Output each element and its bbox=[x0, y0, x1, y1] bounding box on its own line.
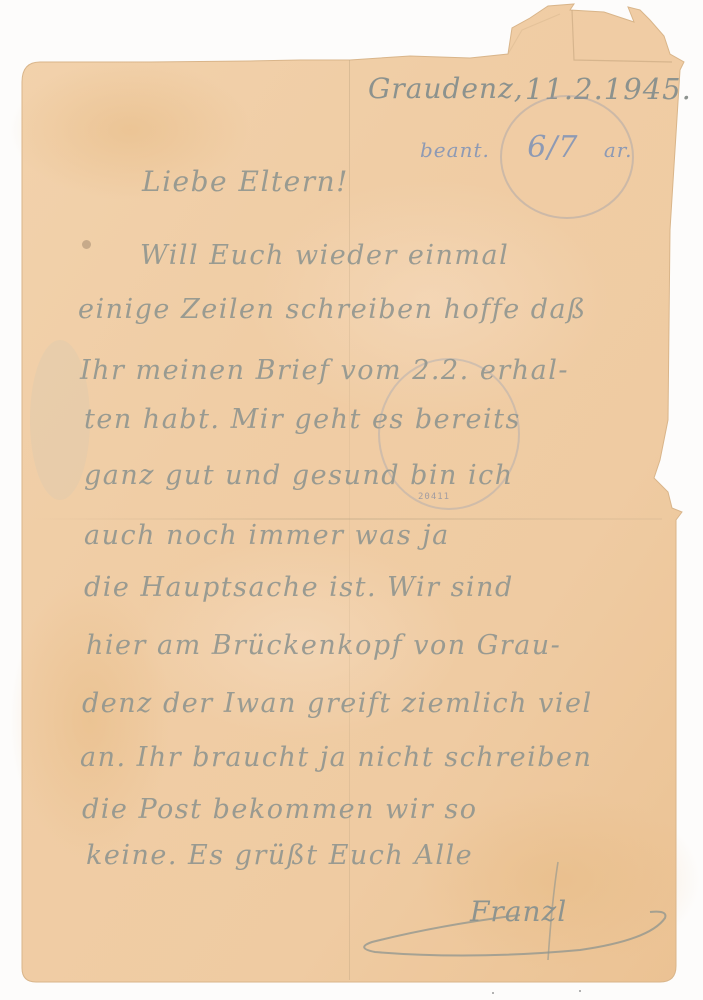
body-line: ganz gut und gesund bin ich bbox=[84, 460, 514, 491]
body-line: hier am Brückenkopf von Grau- bbox=[86, 630, 561, 661]
body-line: ten habt. Mir geht es bereits bbox=[84, 404, 521, 435]
body-line: Ihr meinen Brief vom 2.2. erhal- bbox=[80, 355, 569, 386]
body-line: Will Euch wieder einmal bbox=[140, 240, 509, 271]
body-line: denz der Iwan greift ziemlich viel bbox=[82, 688, 593, 719]
ink-spot bbox=[82, 240, 91, 249]
body-line: auch noch immer was ja bbox=[84, 520, 450, 551]
stamp-number: 20411 bbox=[418, 492, 450, 502]
body-line: keine. Es grüßt Euch Alle bbox=[86, 840, 473, 871]
letter-page: Graudenz, 11.2.1945. beant. 6/7 ar. 2041… bbox=[0, 0, 703, 1000]
letter-place: Graudenz, bbox=[368, 72, 524, 105]
scan-dust bbox=[579, 990, 581, 992]
scan-dust bbox=[492, 992, 494, 994]
salutation: Liebe Eltern! bbox=[142, 165, 349, 198]
archive-note-left: beant. bbox=[420, 138, 490, 162]
body-line: die Hauptsache ist. Wir sind bbox=[84, 572, 514, 603]
signature: Franzl bbox=[470, 895, 567, 928]
body-line: einige Zeilen schreiben hoffe daß bbox=[78, 294, 587, 325]
body-line: die Post bekommen wir so bbox=[82, 794, 477, 825]
body-line: an. Ihr braucht ja nicht schreiben bbox=[80, 742, 592, 773]
postal-stamp-top bbox=[500, 95, 634, 219]
